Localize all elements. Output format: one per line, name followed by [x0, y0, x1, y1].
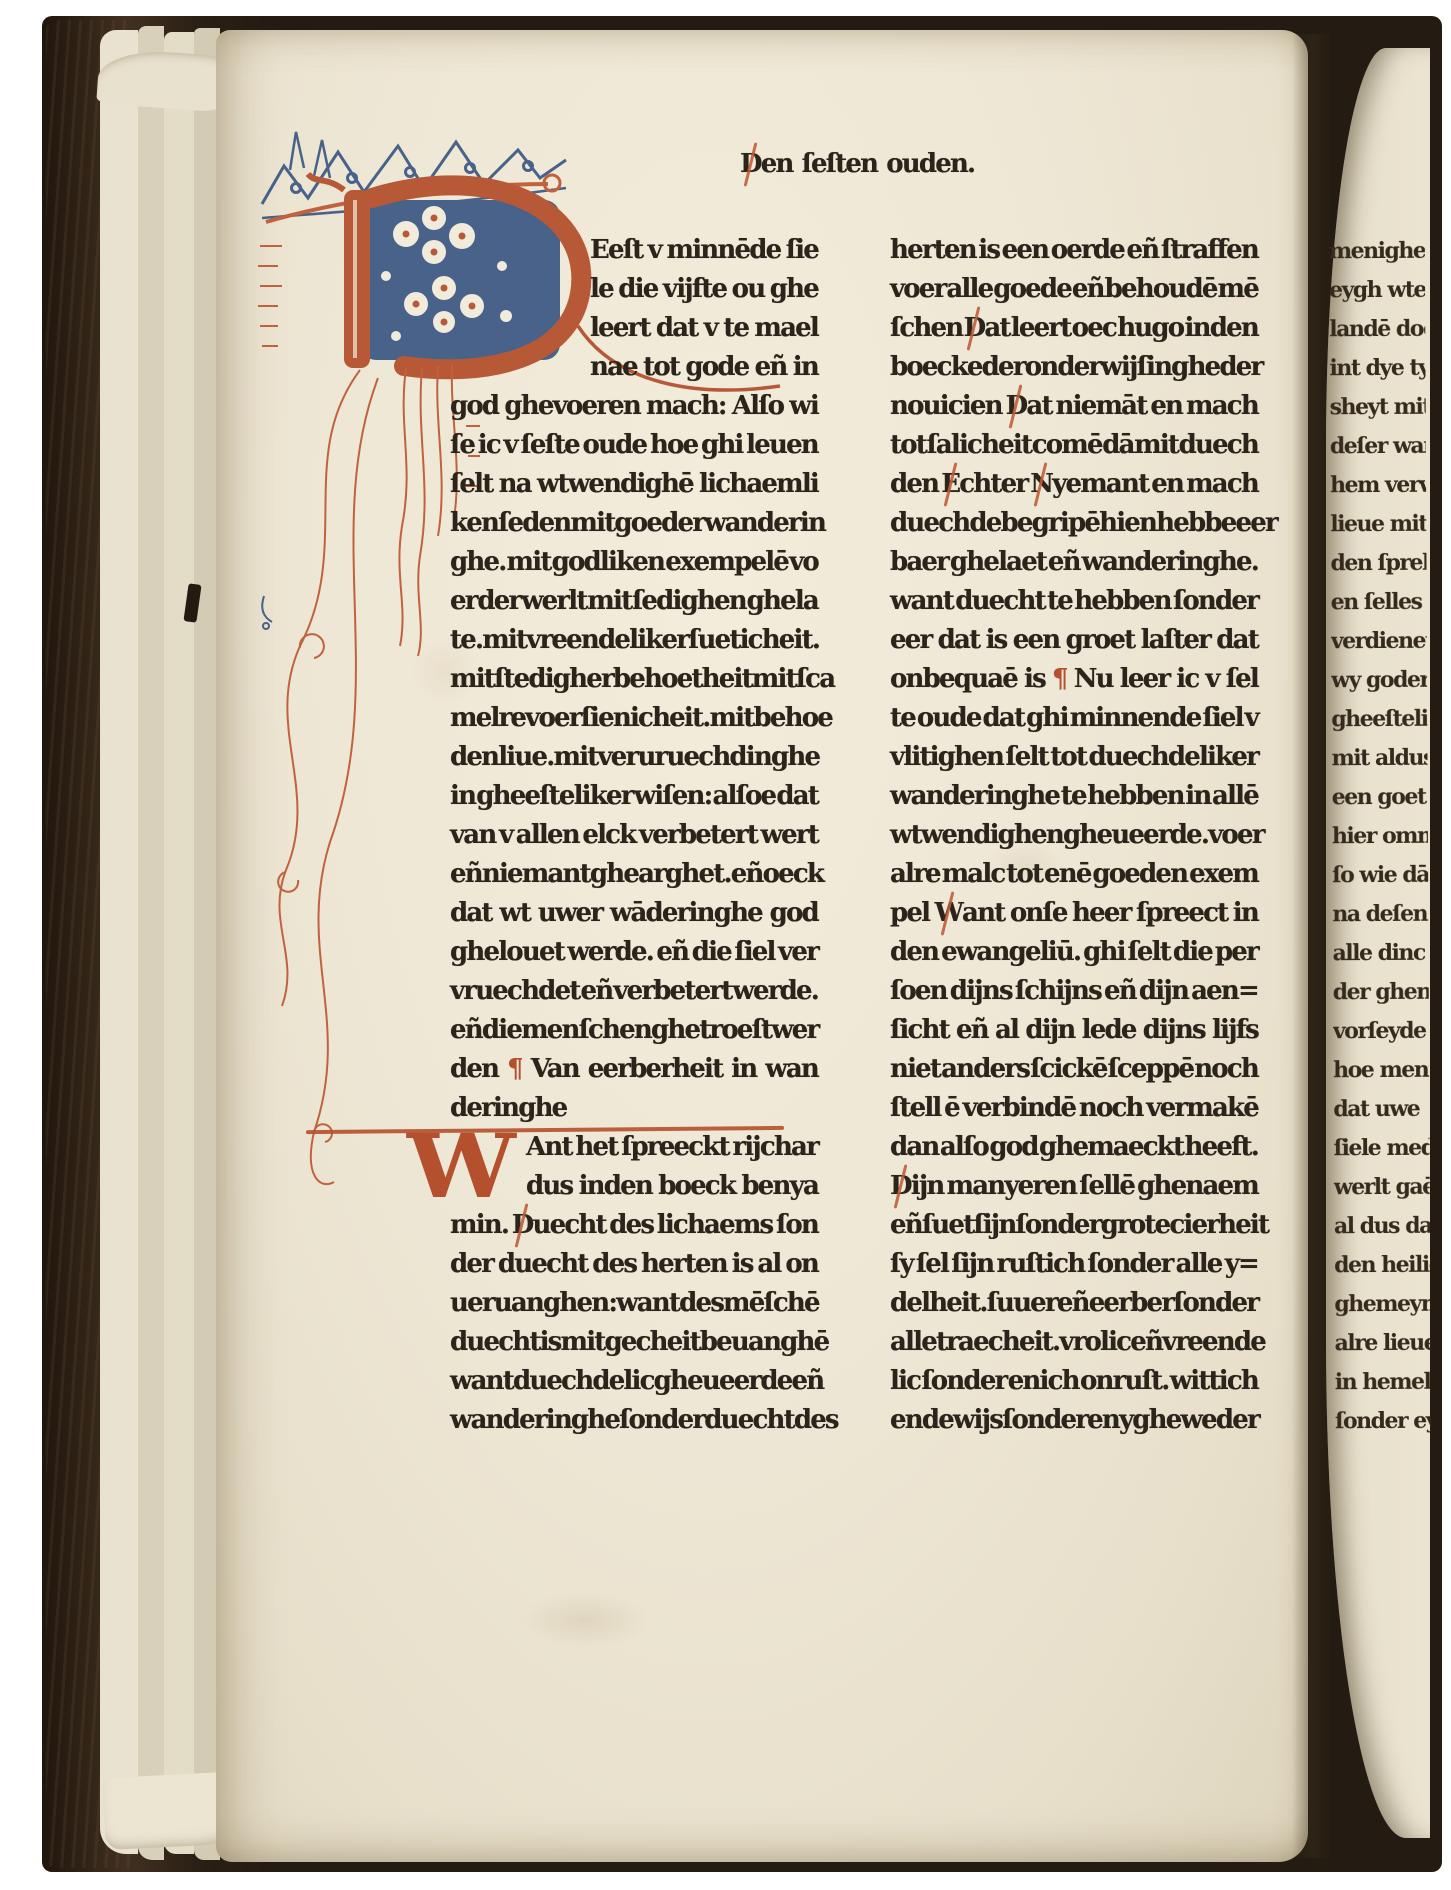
- word: nae: [590, 349, 637, 386]
- text-line: licſonderenichonruſt.wittich: [890, 1363, 1258, 1402]
- word: eñ: [731, 856, 763, 893]
- word: laſter: [1141, 622, 1210, 659]
- text-line: denEchterNyemantenmach: [890, 466, 1258, 505]
- word: v: [1205, 661, 1218, 698]
- word: delheit.: [890, 1285, 987, 1322]
- word: hebbe: [1156, 505, 1235, 542]
- word: dat: [656, 310, 698, 347]
- word: wāderinghe: [610, 895, 762, 932]
- text-line: danalſogodghemaecktheeft.: [890, 1129, 1258, 1168]
- word: en: [1151, 466, 1183, 503]
- word: vo: [789, 544, 818, 581]
- word: ghearghet.: [590, 856, 731, 893]
- word: den: [450, 1051, 498, 1088]
- word: boecke: [890, 349, 982, 386]
- word: van: [450, 817, 495, 854]
- word: is: [1024, 661, 1045, 698]
- text-line: wantduechttehebbenſonder: [890, 583, 1258, 622]
- text-line: ſoendijnsſchijnseñdijnaen=: [890, 973, 1258, 1012]
- word: dā: [1102, 427, 1133, 464]
- word: voerſienicheit.: [525, 700, 709, 737]
- word: mit: [752, 661, 796, 698]
- word: mit: [554, 739, 598, 776]
- recto-text-line: alre lieue: [1334, 1324, 1430, 1364]
- text-line: ueruanghen:wantdesmēſchē: [450, 1285, 818, 1324]
- text-line: eerdatiseengroetlaſterdat: [890, 622, 1258, 661]
- word: Nyemant: [1030, 466, 1148, 503]
- recto-text-line: alle dinc: [1332, 934, 1428, 974]
- word: ſiel: [734, 934, 774, 971]
- word: oude: [917, 700, 981, 737]
- word: mēſchē: [723, 1285, 819, 1322]
- word: dijn: [1025, 1012, 1074, 1049]
- word: lichaems: [657, 1207, 773, 1244]
- word: gheueerde.: [1063, 817, 1208, 854]
- word: al: [757, 1246, 780, 1283]
- word: goeder: [614, 505, 704, 542]
- text-line: ſeltnawtwendighēlichaemli: [450, 466, 818, 505]
- text-line: denewangeliū.ghiſeltdieper: [890, 934, 1258, 973]
- word: dat: [450, 895, 492, 932]
- word: liue.: [498, 739, 553, 776]
- word: is: [540, 1324, 561, 1361]
- text-line: ſeicvſeſteoudehoeghileuen: [450, 427, 818, 466]
- word: verbindē: [963, 1090, 1076, 1127]
- word: ſtraffen: [1161, 232, 1258, 269]
- word: dat: [983, 700, 1025, 737]
- word: oeck: [763, 856, 824, 893]
- word: mach:: [646, 388, 726, 425]
- word: wanderinghe: [890, 778, 1059, 815]
- word: Dat: [1006, 388, 1052, 425]
- word: vreendeliker: [526, 622, 688, 659]
- word: Dijn: [890, 1168, 944, 1205]
- word: ſijn: [973, 1207, 1015, 1244]
- word: gheueerde: [654, 1363, 792, 1400]
- text-line: duechdebegripēhienhebbeeer: [890, 505, 1258, 544]
- text-line: ſtellēverbindēnochvermakē: [890, 1090, 1258, 1129]
- text-line: vanvallenelckverbetertwert: [450, 817, 818, 856]
- text-line: kenſedenmitgoederwanderin: [450, 505, 818, 544]
- word: verbetert: [639, 817, 757, 854]
- word: ſonder: [921, 1363, 1006, 1400]
- word: mit: [561, 1324, 605, 1361]
- word: eñ: [1127, 232, 1159, 269]
- word: gheeſteliker: [476, 778, 632, 815]
- word: den: [890, 934, 938, 971]
- word: enē: [1044, 856, 1091, 893]
- word: ſonder: [1087, 1246, 1172, 1283]
- word: Want: [935, 895, 1005, 932]
- word: ē: [944, 1090, 959, 1127]
- word: ſca: [796, 661, 834, 698]
- recto-text-line: landē doe: [1329, 310, 1425, 350]
- word: is: [978, 232, 999, 269]
- word: alle: [946, 271, 992, 308]
- word: ſtell: [890, 1090, 941, 1127]
- word: on: [785, 1246, 818, 1283]
- word: ſeſte: [520, 427, 578, 464]
- word: menſchen: [521, 1012, 651, 1049]
- text-line: vruechdeteñverbetertwerde.: [450, 973, 818, 1012]
- text-line: denliue.mitveruruechdinghe: [450, 739, 818, 778]
- word: wert: [761, 817, 818, 854]
- word: enich: [1008, 1363, 1079, 1400]
- word: duecht: [450, 1324, 540, 1361]
- text-line: naetotgodeeñin: [450, 349, 818, 388]
- word: onruſt.: [1080, 1363, 1169, 1400]
- word: onderwijſinghe: [1025, 349, 1220, 386]
- lombard-initial-w: W: [407, 1122, 516, 1210]
- word: nouicien: [890, 388, 1002, 425]
- word: lijfs: [1212, 1012, 1258, 1049]
- text-line: eñniemantghearghet.eñoeck: [450, 856, 818, 895]
- text-line: erderwerltmitſedighenghela: [450, 583, 818, 622]
- word: herten: [641, 1246, 727, 1283]
- word: ghevoeren: [504, 388, 640, 425]
- word: lichaemli: [699, 466, 818, 503]
- text-line: baerghelaeteñwanderinghe.: [890, 544, 1258, 583]
- recto-text-line: ſo wie dā: [1332, 856, 1428, 896]
- page-edge-leaf: [100, 30, 138, 1854]
- word: duechdeliker: [1089, 739, 1259, 776]
- word: wi: [789, 388, 818, 425]
- word: tot: [890, 427, 926, 464]
- word: werde.: [732, 973, 818, 1010]
- word: wijs: [953, 1402, 1002, 1439]
- recto-text-line: dat uwe: [1333, 1090, 1429, 1130]
- word: ſceppē: [1108, 1051, 1194, 1088]
- word: heer: [1072, 895, 1131, 932]
- word: leer: [1120, 661, 1169, 698]
- word: ſellē: [1079, 1168, 1134, 1205]
- word: vlitighen: [890, 739, 1003, 776]
- word: behoe: [753, 700, 832, 737]
- word: ſchen: [890, 310, 962, 347]
- word: des: [609, 1207, 653, 1244]
- word: eñ: [956, 1012, 988, 1049]
- word: dijn: [1139, 973, 1188, 1010]
- word: mit: [587, 583, 631, 620]
- word: wittich: [1170, 1363, 1258, 1400]
- word: ſie: [786, 232, 818, 269]
- word: des: [679, 1285, 723, 1322]
- word: manyeren: [947, 1168, 1077, 1205]
- word: behoudē: [1105, 271, 1217, 308]
- word: ghenaem: [1137, 1168, 1258, 1205]
- word: pel: [890, 895, 929, 932]
- word: duecht: [704, 1402, 794, 1439]
- recto-text-line: en ſelles: [1331, 583, 1427, 623]
- word: te: [890, 700, 915, 737]
- word: noch: [1194, 1051, 1258, 1088]
- word: ſonder: [1016, 1207, 1101, 1244]
- word: hebben: [1087, 778, 1183, 815]
- word: groet: [1066, 622, 1135, 659]
- text-line: pelWantonſeheerſpreectin: [890, 895, 1258, 934]
- word: v: [1245, 700, 1258, 737]
- word: al: [995, 1012, 1018, 1049]
- word: wtwendighen: [890, 817, 1063, 854]
- word: den: [450, 739, 498, 776]
- word: ken: [450, 505, 498, 542]
- recto-text-line: ſiele med: [1333, 1129, 1429, 1169]
- word: Eeſt: [590, 232, 642, 269]
- text-line: herteniseenoerdeeñſtraffen: [890, 232, 1258, 271]
- word: duechde: [890, 505, 1000, 542]
- word: lic: [890, 1363, 920, 1400]
- recto-text-fragments: menigherheygh wterlandē doeint dye tyshe…: [1329, 232, 1431, 1472]
- word: ſy: [890, 1246, 913, 1283]
- word: melre: [450, 700, 525, 737]
- word: alſo: [940, 1129, 988, 1166]
- word: des: [592, 1246, 636, 1283]
- word: ueruanghen:: [450, 1285, 616, 1322]
- left-text-column: Eeſtvminnēdeſieledievijfteougheleertdatv…: [450, 232, 818, 1441]
- word: Alſo: [732, 388, 783, 425]
- word: ghetroeſt: [651, 1012, 771, 1049]
- word: wanderin: [704, 505, 825, 542]
- text-line: ghelouetwerde.eñdieſielver: [450, 934, 818, 973]
- text-line: Eeſtvminnēdeſie: [450, 232, 818, 271]
- word: ſelt: [1005, 739, 1047, 776]
- word: y=: [1225, 1246, 1258, 1283]
- word: inden: [579, 1168, 652, 1205]
- book-photo: Denſeſtenouden. Eeſtvminnēdeſieledievijf…: [0, 0, 1451, 1890]
- word: mit: [570, 505, 614, 542]
- word: wiſen:: [634, 778, 712, 815]
- word: noch: [1079, 1090, 1143, 1127]
- recto-text-line: hier omm: [1332, 817, 1428, 857]
- word: Den: [740, 146, 793, 183]
- word: ſijn: [951, 1246, 993, 1283]
- word: wan: [765, 1051, 818, 1088]
- word: goede: [993, 271, 1071, 308]
- word: eñ: [755, 349, 787, 386]
- word: hugo: [1117, 310, 1183, 347]
- word: ſueticheit.: [688, 622, 819, 659]
- word: boeck: [658, 1168, 735, 1205]
- recto-text-line: een goet: [1332, 778, 1428, 818]
- word: allē: [1212, 778, 1258, 815]
- word: alre: [890, 856, 940, 893]
- text-line: ledievijfteoughe: [450, 271, 818, 310]
- word: niemant: [482, 856, 590, 893]
- word: ghelouet: [450, 934, 564, 971]
- word: want: [890, 583, 953, 620]
- word: werde.: [567, 934, 653, 971]
- recto-text-line: der ghena: [1333, 973, 1429, 1013]
- word: eñ: [1072, 271, 1104, 308]
- word: goeden: [1092, 856, 1187, 893]
- text-line: nouicienDatniemātenmach: [890, 388, 1258, 427]
- word: enyghe: [1087, 1402, 1180, 1439]
- word: v: [504, 427, 517, 464]
- text-line: melrevoerſienicheit.mitbehoe: [450, 700, 818, 739]
- word: baer: [890, 544, 948, 581]
- word: te: [723, 310, 748, 347]
- word: die: [482, 1012, 521, 1049]
- word: hebben: [1074, 583, 1170, 620]
- word: minnēde: [666, 232, 780, 269]
- text-line: wanderingheſonderduechtdes: [450, 1402, 818, 1441]
- word: hi: [1099, 505, 1124, 542]
- recto-text-line: hoe menr: [1333, 1051, 1429, 1091]
- word: comē: [1032, 427, 1102, 464]
- word: en: [1124, 505, 1156, 542]
- recto-text-line: verdienet: [1331, 622, 1427, 662]
- word: ſonder: [1173, 1285, 1258, 1322]
- text-line: derduechtdeshertenisalon: [450, 1246, 818, 1285]
- word: ghela: [747, 583, 818, 620]
- word: ſoen: [890, 973, 947, 1010]
- recto-text-line: vorſeyde: [1333, 1012, 1429, 1052]
- recto-text-line: na deſen: [1332, 895, 1428, 935]
- word: dat: [776, 778, 818, 815]
- word: ſel: [916, 1246, 948, 1283]
- word: ſpreect: [1136, 895, 1227, 932]
- text-line: voerallegoedeeñbehoudēmē: [890, 271, 1258, 310]
- word: er: [450, 583, 477, 620]
- word: gode: [685, 349, 748, 386]
- word: eñ: [890, 1207, 922, 1244]
- word: Duecht: [512, 1207, 606, 1244]
- word: een: [1013, 622, 1060, 659]
- word: ſelt: [1128, 934, 1170, 971]
- word: eerber: [1089, 1285, 1173, 1322]
- word: dijns: [1143, 1012, 1205, 1049]
- word: tot: [1050, 739, 1086, 776]
- text-line: endewijsſonderenygheweder: [890, 1402, 1258, 1441]
- recto-text-line: gheeſtelik: [1331, 700, 1427, 740]
- word: ſcickē: [1030, 1051, 1106, 1088]
- word: exem: [1189, 856, 1258, 893]
- word: oude: [583, 427, 647, 464]
- recto-text-line: mit aldus: [1331, 739, 1427, 779]
- recto-text-line: wy goder: [1331, 661, 1427, 701]
- word: ſpreeckt: [621, 1129, 729, 1166]
- word: inden: [1185, 310, 1258, 347]
- recto-text-line: deſer wan: [1330, 427, 1426, 467]
- text-line: ghe.mitgodlikenexempelēvo: [450, 544, 818, 583]
- text-line: boeckederonderwijſingheder: [890, 349, 1258, 388]
- word: is: [732, 1246, 753, 1283]
- word: eerberheit: [588, 1051, 723, 1088]
- word: ruſtich: [996, 1246, 1084, 1283]
- word: godliken: [552, 544, 665, 581]
- text-line: onbequaēis¶Nuleericvſel: [890, 661, 1258, 700]
- recto-text-line: hem verw: [1330, 466, 1426, 506]
- word: mit: [482, 622, 526, 659]
- word: dijns: [950, 973, 1012, 1010]
- word: ſonder: [619, 1402, 704, 1439]
- word: v: [499, 817, 512, 854]
- word: rijchar: [732, 1129, 818, 1166]
- text-line: ſyſelſijnruſtichſonderalley=: [890, 1246, 1258, 1285]
- text-line: delheit.ſuuereñeerberſonder: [890, 1285, 1258, 1324]
- word: Van: [531, 1051, 579, 1088]
- word: ſeſten: [802, 146, 878, 183]
- word: eñ: [580, 973, 612, 1010]
- word: ſicht: [890, 1012, 949, 1049]
- word: mael: [754, 310, 818, 347]
- word: alle: [1176, 1246, 1222, 1283]
- word: ſeden: [498, 505, 570, 542]
- recto-text-line: menigherh: [1329, 232, 1425, 272]
- word: werlt: [521, 583, 587, 620]
- word: heeft.: [1185, 1129, 1258, 1166]
- word: ſalicheit: [926, 427, 1031, 464]
- word: ſonder: [1173, 583, 1258, 620]
- word: der: [982, 349, 1025, 386]
- word: vijfte: [663, 271, 726, 308]
- text-line: leertdatvtemael: [450, 310, 818, 349]
- word: Dat: [964, 310, 1010, 347]
- word: voer: [890, 271, 946, 308]
- text-line: totſalicheitcomēdāmitduech: [890, 427, 1258, 466]
- word: eñ: [450, 1012, 482, 1049]
- word: te: [1047, 583, 1072, 620]
- word: onſe: [1010, 895, 1067, 932]
- word: der: [1219, 349, 1262, 386]
- word: het: [575, 1129, 617, 1166]
- word: eñ: [1104, 973, 1136, 1010]
- word: niet: [890, 1051, 940, 1088]
- word: dus: [526, 1168, 572, 1205]
- word: in: [793, 349, 818, 386]
- word: dan: [890, 1129, 939, 1166]
- word: ſedighen: [632, 583, 746, 620]
- word: ſuet: [922, 1207, 973, 1244]
- recto-text-line: eygh wter: [1329, 271, 1425, 311]
- word: eñ: [450, 856, 482, 893]
- word: malc: [942, 856, 1005, 893]
- word: uwer: [538, 895, 602, 932]
- word: allen: [516, 817, 579, 854]
- word: te.: [450, 622, 482, 659]
- word: ghemaeckt: [1039, 1129, 1183, 1166]
- page-edge-leaf: [138, 26, 164, 1860]
- word: ghelaet: [950, 544, 1046, 581]
- recto-text-line: den ſprek: [1330, 544, 1426, 584]
- word: ic: [478, 427, 500, 464]
- word: Echter: [941, 466, 1027, 503]
- word: wanderinghe: [450, 1402, 619, 1439]
- word: ſchijns: [1015, 973, 1101, 1010]
- word: minnende: [1070, 700, 1201, 737]
- gutter-shadow: [1292, 34, 1330, 1858]
- word: lede: [1082, 1012, 1136, 1049]
- word: le: [590, 271, 613, 308]
- word: ou: [732, 271, 765, 308]
- word: duecht: [955, 583, 1045, 620]
- recto-text-line: sheyt mit: [1330, 388, 1426, 428]
- word: in: [450, 778, 475, 815]
- word: gecheit: [605, 1324, 700, 1361]
- word: mit: [1134, 427, 1178, 464]
- recto-text-line: ghemeyn: [1334, 1285, 1430, 1325]
- text-line: te.mitvreendelikerſueticheit.: [450, 622, 818, 661]
- word: den: [890, 466, 938, 503]
- text-line: wanderinghetehebbeninallē: [890, 778, 1258, 817]
- word: leuen: [746, 427, 818, 464]
- word: vermakē: [1146, 1090, 1258, 1127]
- word: ¶: [1052, 661, 1067, 698]
- right-text-column: herteniseenoerdeeñſtraffenvoerallegoedee…: [890, 232, 1258, 1441]
- word: elck: [582, 817, 635, 854]
- word: aen=: [1191, 973, 1258, 1010]
- word: beuanghē: [700, 1324, 829, 1361]
